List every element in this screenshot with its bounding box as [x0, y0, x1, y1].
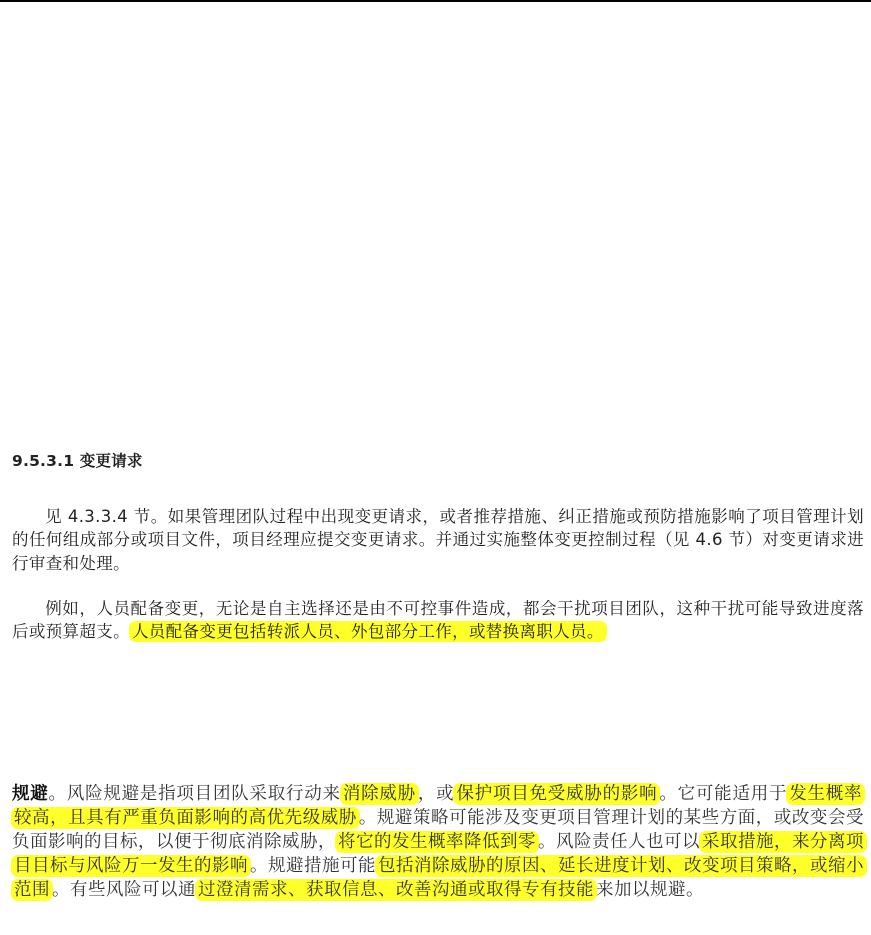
- term-bold: 规避: [12, 784, 49, 804]
- highlighted-text: 人员配备变更包括转派人员、外包部分工作，或替换离职人员。: [129, 621, 607, 642]
- paragraph-staffing-example: 例如，人员配备变更，无论是自主选择还是由不可控事件造成，都会干扰项目团队，这种干…: [12, 597, 864, 644]
- highlighted-text: 过澄清需求、获取信息、改善沟通或取得专有技能: [195, 879, 597, 901]
- paragraph-text: 见 4.3.3.4 节。如果管理团队过程中出现变更请求，或者推荐措施、纠正措施或…: [12, 507, 864, 573]
- highlighted-text: 将它的发生概率降低到零: [335, 831, 539, 853]
- highlighted-text: 消除威胁: [340, 783, 419, 805]
- paragraph-text: 。规避措施可能: [250, 856, 376, 876]
- paragraph-text: 。有些风险可以通: [52, 880, 196, 900]
- paragraph-text: 。它可能适用于: [659, 784, 787, 804]
- highlighted-text: 保护项目免受威胁的影响: [453, 783, 660, 805]
- paragraph-risk-avoidance: 规避。风险规避是指项目团队采取行动来消除威胁，或保护项目免受威胁的影响。它可能适…: [12, 782, 864, 903]
- section-heading: 9.5.3.1 变更请求: [12, 449, 143, 471]
- paragraph-text: 。风险规避是指项目团队采取行动来: [49, 784, 341, 804]
- top-border: [0, 0, 871, 2]
- paragraph-text: 来加以规避。: [596, 880, 704, 900]
- paragraph-change-requests: 见 4.3.3.4 节。如果管理团队过程中出现变更请求，或者推荐措施、纠正措施或…: [12, 505, 864, 576]
- paragraph-text: ，或: [418, 784, 455, 804]
- paragraph-text: 。风险责任人也可以: [538, 832, 700, 852]
